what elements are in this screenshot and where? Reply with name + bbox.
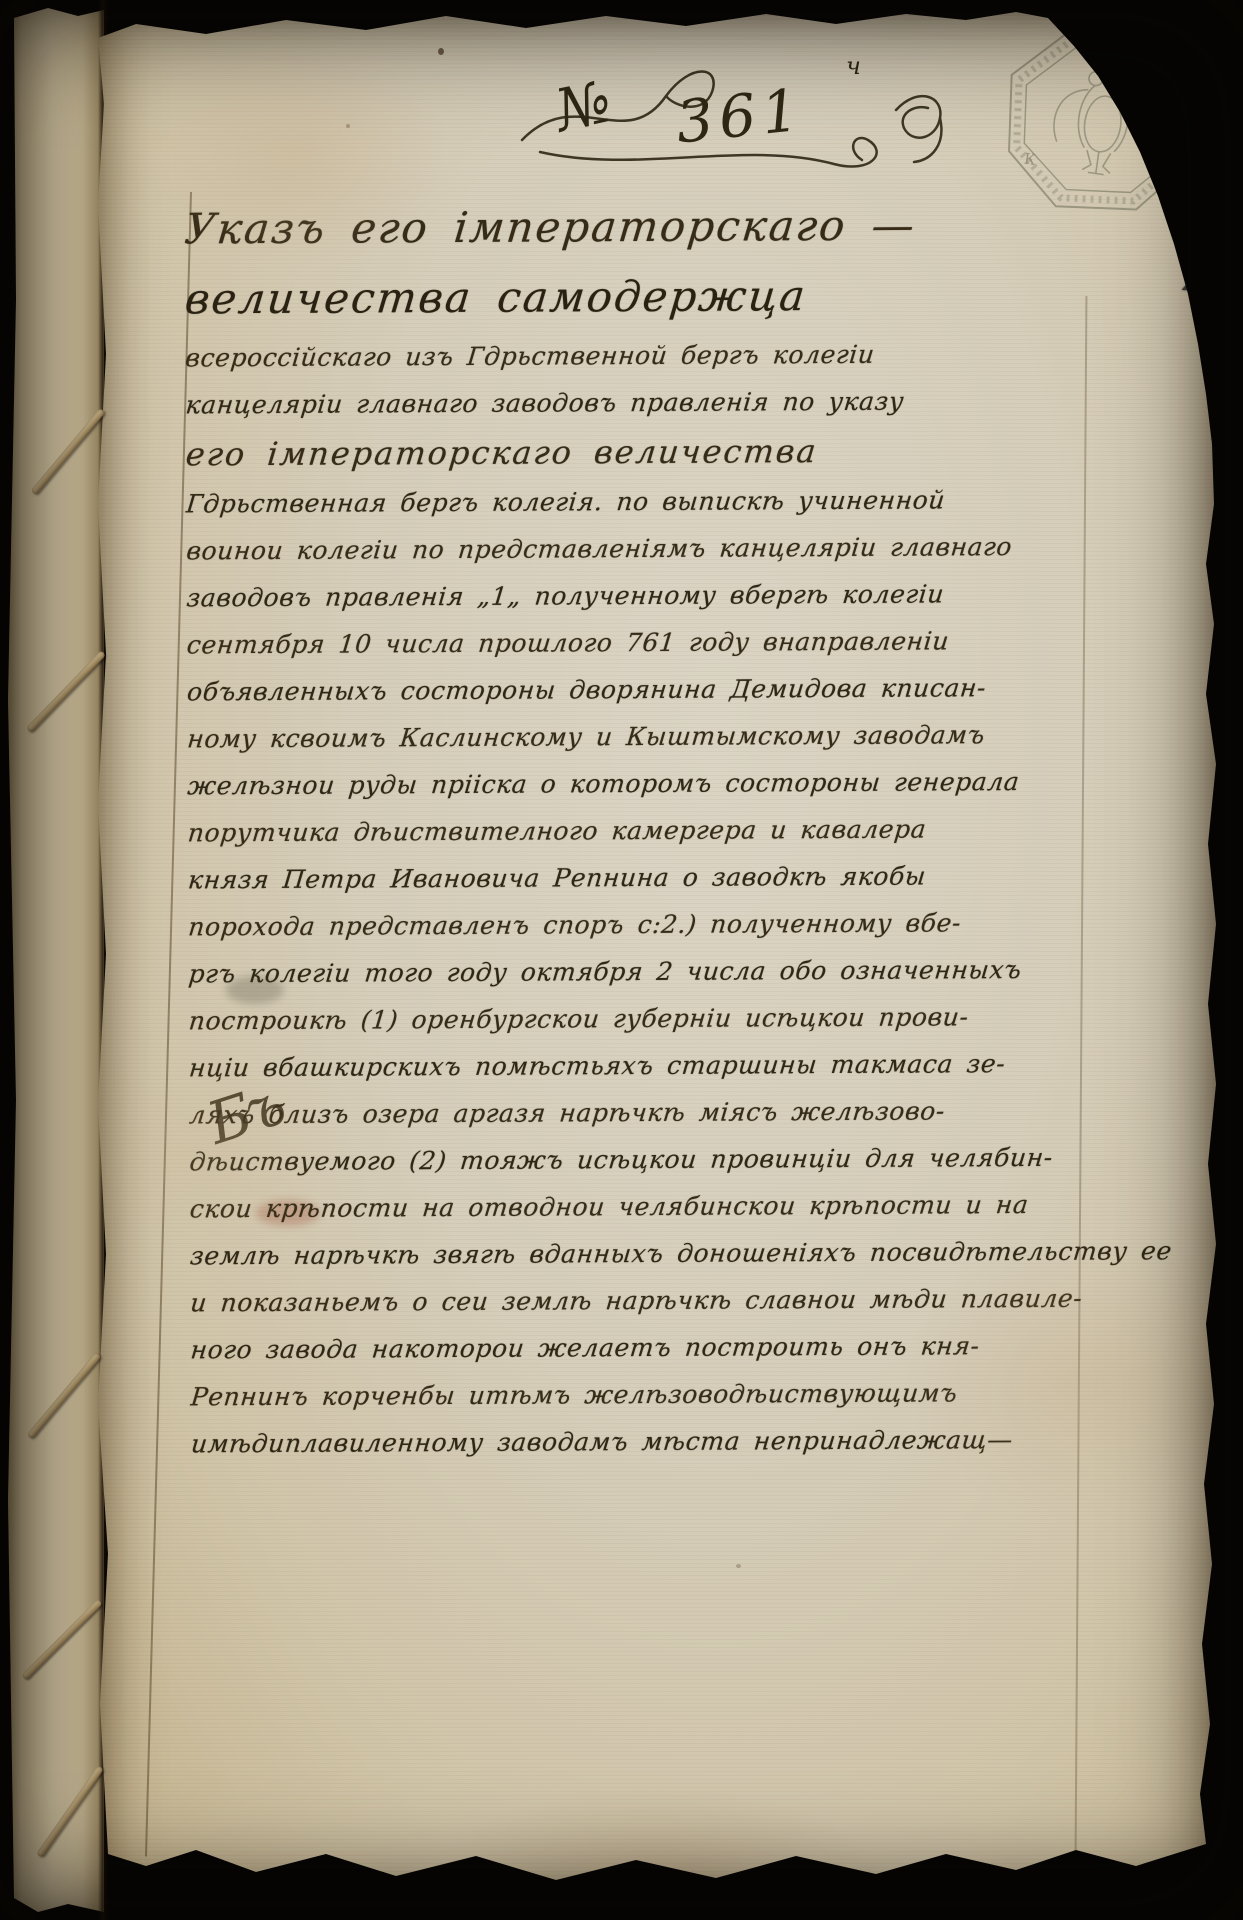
manuscript-line: объявленныхъ состороны дворянина Демидов…: [185, 664, 1108, 716]
manuscript-line: воинои колегіи по представленіямъ канцел…: [184, 523, 1107, 575]
manuscript-line: нціи вбашкирскихъ помѣстьяхъ старшины та…: [187, 1040, 1110, 1092]
manuscript-line: дѣиствуемого (2) тояжъ исѣцкои провинціи…: [187, 1134, 1110, 1186]
manuscript-line: ному ксвоимъ Каслинскому и Кыштымскому з…: [185, 711, 1108, 763]
manuscript-line: его імператорскаго величества: [183, 424, 1106, 481]
manuscript-line: ного завода накоторои желаетъ построить …: [188, 1322, 1111, 1374]
manuscript-text-block: Указъ его імператорскаго —величества сам…: [185, 190, 1110, 1468]
case-number-superscript: ч: [846, 52, 861, 80]
ink-speck: [346, 124, 350, 128]
manuscript-line: построикѣ (1) оренбургскои губерніи исѣц…: [187, 993, 1110, 1045]
manuscript-line: Указъ его імператорскаго —: [181, 190, 1106, 265]
ink-speck: [736, 1564, 741, 1568]
manuscript-line: ляхъ близъ озера аргазя нарѣчкѣ міясъ же…: [187, 1087, 1110, 1139]
manuscript-line: желѣзнои руды прііска о которомъ состоро…: [185, 758, 1108, 810]
manuscript-line: ргъ колегіи того году октября 2 числа об…: [186, 946, 1109, 998]
previous-page-edge: [8, 0, 104, 1920]
corner-page-number: 93: [1200, 77, 1243, 126]
manuscript-line: величества самодержца: [182, 260, 1107, 335]
manuscript-line: всероссійскаго изъ Гдрьственной бергъ ко…: [183, 330, 1106, 382]
case-number: № 361 ч: [516, 44, 1016, 184]
ink-speck: [438, 48, 444, 55]
manuscript-line: канцеляріи главнаго заводовъ правленія п…: [183, 377, 1106, 429]
manuscript-page: № 361 ч К: [96, 4, 1220, 1916]
folio-number: 744: [1173, 242, 1243, 312]
manuscript-line: сентября 10 числа прошлого 761 году внап…: [185, 617, 1108, 669]
case-number-value: 361: [673, 75, 808, 156]
left-margin-rule: [145, 192, 192, 1856]
manuscript-line: и показаньемъ о сеи землѣ нарѣчкѣ славно…: [188, 1275, 1111, 1327]
manuscript-line: скои крѣпости на отводнои челябинскои кр…: [188, 1181, 1111, 1233]
photographed-archival-page: № 361 ч К: [0, 0, 1243, 1920]
manuscript-line: Гдрьственная бергъ колегія. по выпискѣ у…: [184, 476, 1107, 528]
manuscript-line: порохода представленъ споръ с:2.) получе…: [186, 899, 1109, 951]
manuscript-line: заводовъ правленія „1„ полученному вберг…: [184, 570, 1107, 622]
manuscript-line: Репнинъ корченбы итѣмъ желѣзоводѣиствующ…: [189, 1369, 1112, 1421]
manuscript-line: имѣдиплавиленному заводамъ мѣста неприна…: [189, 1416, 1112, 1468]
manuscript-line: князя Петра Ивановича Репнина о заводкѣ …: [186, 852, 1109, 904]
manuscript-line: землѣ нарѣчкѣ звягѣ вданныхъ доношеніяхъ…: [188, 1228, 1111, 1280]
manuscript-line: порутчика дѣиствителного камергера и кав…: [186, 805, 1109, 857]
